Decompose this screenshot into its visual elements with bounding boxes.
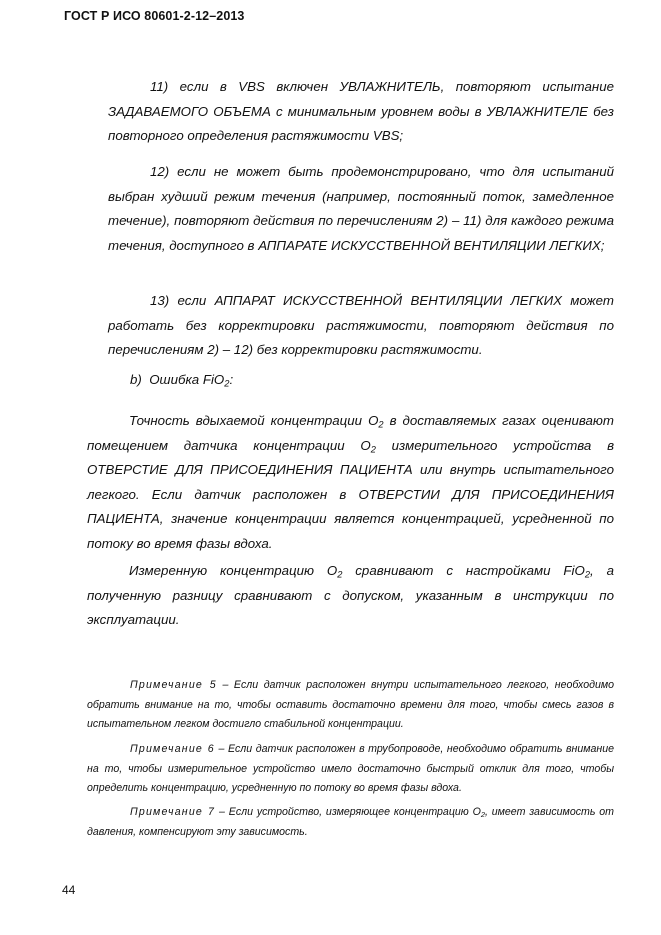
item-text: если в VBS включен УВЛАЖНИТЕЛЬ, повторяю… [108, 79, 614, 143]
page-number: 44 [62, 883, 75, 897]
item-text: если не может быть продемонстрировано, ч… [108, 164, 614, 253]
subsection-heading: b) Ошибка FiO2: [130, 372, 233, 387]
note-label: Примечание 5 [130, 679, 217, 691]
list-item-11: 11) если в VBS включен УВЛАЖНИТЕЛЬ, повт… [108, 75, 614, 149]
note-label: Примечание 7 [130, 806, 215, 818]
item-number: 11) [150, 79, 168, 94]
text-run: сравнивают с настройками FiO [342, 563, 584, 578]
paragraph-accuracy: Точность вдыхаемой концентрации O2 в дос… [87, 409, 614, 557]
paragraph-comparison: Измеренную концентрацию O2 сравнивают с … [87, 559, 614, 633]
subsection-label: b) [130, 372, 142, 387]
item-text: если АППАРАТ ИСКУССТВЕННОЙ ВЕНТИЛЯЦИИ ЛЕ… [108, 293, 614, 357]
text-run: Точность вдыхаемой концентрации O [129, 413, 378, 428]
note-5: Примечание 5 – Если датчик расположен вн… [87, 676, 614, 735]
subsection-title: Ошибка FiO [149, 372, 224, 387]
item-number: 12) [150, 164, 169, 179]
text-run: измерительного устройства в ОТВЕРСТИЕ ДЛ… [87, 438, 614, 551]
note-text: – Если устройство, измеряющее концентрац… [215, 806, 481, 818]
note-7: Примечание 7 – Если устройство, измеряющ… [87, 803, 614, 842]
document-header: ГОСТ Р ИСО 80601-2-12–2013 [64, 9, 244, 23]
note-label: Примечание 6 [130, 743, 215, 755]
note-6: Примечание 6 – Если датчик расположен в … [87, 740, 614, 799]
list-item-13: 13) если АППАРАТ ИСКУССТВЕННОЙ ВЕНТИЛЯЦИ… [108, 289, 614, 363]
item-number: 13) [150, 293, 169, 308]
list-item-12: 12) если не может быть продемонстрирован… [108, 160, 614, 258]
text-run: Измеренную концентрацию O [129, 563, 337, 578]
subsection-colon: : [229, 372, 233, 387]
